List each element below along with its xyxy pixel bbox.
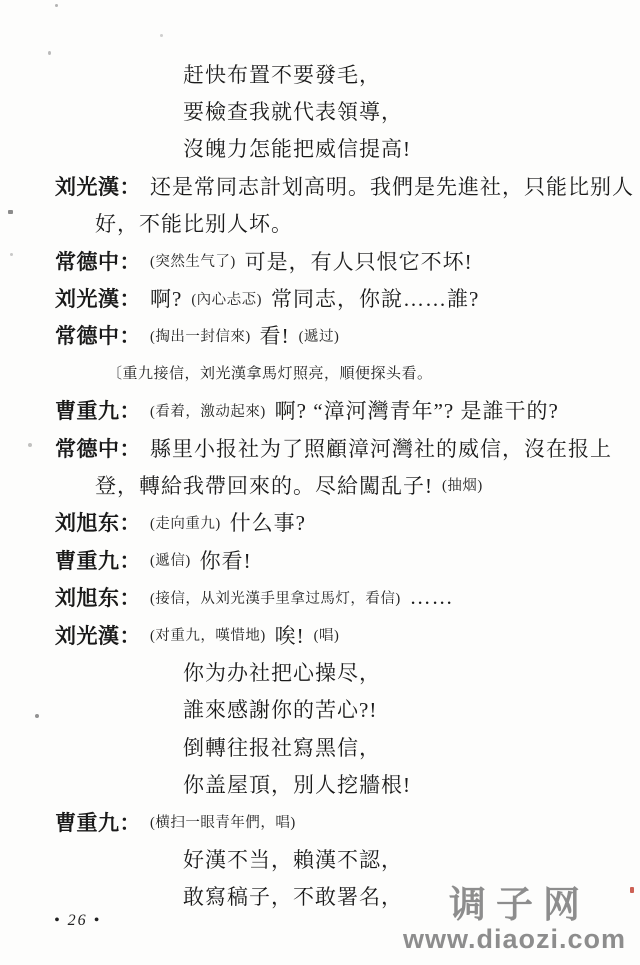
script-line-verse: 沒魄力怎能把威信提高! <box>0 130 640 167</box>
script-line-stage: 〔重九接信，刘光漢拿馬灯照亮，順便探头看。 <box>0 354 640 391</box>
page-number: • 26 • <box>54 912 101 930</box>
dialogue-text: 縣里小报社为了照顧漳河灣社的威信，沒在报上 <box>150 433 612 463</box>
speaker-name: 刘光漢： <box>55 283 141 313</box>
script-line-continuation: 好，不能比别人坏。 <box>0 205 640 242</box>
dialogue-text: 好，不能比别人坏。 <box>95 208 293 238</box>
scan-speck <box>630 887 634 893</box>
verse-text: 沒魄力怎能把威信提高! <box>183 133 411 163</box>
script-line-dialogue: 刘旭东：(接信，从刘光漢手里拿过馬灯，看信)…… <box>0 578 640 615</box>
script-line-dialogue: 刘光漢：还是常同志計划高明。我們是先進社，只能比别人 <box>0 167 640 204</box>
script-line-dialogue: 曹重九：(看着，激动起來)啊? “漳河灣青年”? 是誰干的? <box>0 392 640 429</box>
script-line-verse: 倒轉往报社寫黑信， <box>0 728 640 765</box>
verse-text: 倒轉往报社寫黑信， <box>183 732 381 762</box>
script-line-dialogue: 刘光漢：(对重九，嘆惜地)唉!(唱) <box>0 616 640 653</box>
stage-note: (对重九，嘆惜地) <box>150 624 266 645</box>
script-line-verse: 你盖屋頂，別人挖牆根! <box>0 765 640 802</box>
scan-speck <box>160 34 163 37</box>
script-line-verse: 誰來感謝你的苦心?! <box>0 691 640 728</box>
scan-speck <box>28 443 32 447</box>
stage-note: (遞过) <box>299 325 340 346</box>
speaker-name: 曹重九： <box>55 807 141 837</box>
dialogue-text: 啊? “漳河灣青年”? 是誰干的? <box>275 395 559 425</box>
stage-direction: 〔重九接信，刘光漢拿馬灯照亮，順便探头看。 <box>107 362 433 383</box>
script-line-verse: 要檢查我就代表領導， <box>0 92 640 129</box>
stage-note: (横扫一眼青年們，唱) <box>150 811 296 832</box>
stage-note: (遞信) <box>150 549 191 570</box>
stage-note: (掏出一封信來) <box>150 325 251 346</box>
stage-note: (看着，激动起來) <box>150 400 266 421</box>
script-line-dialogue: 刘旭东：(走向重九)什么事? <box>0 504 640 541</box>
dialogue-text: 啊? <box>150 283 182 313</box>
dialogue-text: 登，轉給我帶回來的。尽給闖乱子! <box>95 470 433 500</box>
speaker-name: 曹重九： <box>55 545 141 575</box>
dialogue-text: 什么事? <box>230 507 306 537</box>
book-page: 赶快布置不要發毛，要檢查我就代表領導，沒魄力怎能把威信提高!刘光漢：还是常同志計… <box>0 0 640 965</box>
verse-text: 敢寫稿子，不敢署名， <box>183 881 403 911</box>
verse-text: 你盖屋頂，別人挖牆根! <box>183 769 411 799</box>
script-line-dialogue: 常德中：縣里小报社为了照顧漳河灣社的威信，沒在报上 <box>0 429 640 466</box>
dialogue-text: …… <box>410 585 454 610</box>
script-line-dialogue: 常德中：(掏出一封信來)看!(遞过) <box>0 317 640 354</box>
dialogue-text: 还是常同志計划高明。我們是先進社，只能比别人 <box>150 171 634 201</box>
scan-speck <box>10 253 13 256</box>
dialogue-text: 常同志，你說……誰? <box>271 283 479 313</box>
script-line-dialogue: 常德中：(突然生气了)可是，有人只恨它不坏! <box>0 242 640 279</box>
script-line-continuation: 登，轉給我帶回來的。尽給闖乱子!(抽烟) <box>0 466 640 503</box>
stage-note: (內心忐忑) <box>191 288 262 309</box>
watermark-site-name: 调子网 <box>403 886 636 925</box>
dialogue-text: 唉! <box>275 620 305 650</box>
stage-note: (突然生气了) <box>150 250 236 271</box>
verse-text: 誰來感謝你的苦心?! <box>183 694 377 724</box>
speaker-name: 刘光漢： <box>55 171 141 201</box>
verse-text: 要檢查我就代表領導， <box>183 96 403 126</box>
stage-note: (抽烟) <box>442 474 483 495</box>
watermark: 调子网 www.diaozi.com <box>403 886 626 953</box>
script-line-verse: 你为办社把心操尽， <box>0 653 640 690</box>
scan-speck <box>35 714 39 718</box>
speaker-name: 常德中： <box>55 320 141 350</box>
scan-speck <box>55 4 58 7</box>
dialogue-text: 可是，有人只恨它不坏! <box>245 246 473 276</box>
verse-text: 好漢不当，賴漢不認， <box>183 844 403 874</box>
speaker-name: 刘旭东： <box>55 582 141 612</box>
script-body: 赶快布置不要發毛，要檢查我就代表領導，沒魄力怎能把威信提高!刘光漢：还是常同志計… <box>0 55 640 915</box>
script-line-dialogue: 曹重九：(横扫一眼青年們，唱) <box>0 803 640 840</box>
speaker-name: 曹重九： <box>55 395 141 425</box>
verse-text: 你为办社把心操尽， <box>183 657 381 687</box>
speaker-name: 刘光漢： <box>55 620 141 650</box>
script-line-dialogue: 刘光漢：啊?(內心忐忑)常同志，你說……誰? <box>0 279 640 316</box>
watermark-site-url: www.diaozi.com <box>403 925 626 953</box>
script-line-verse: 好漢不当，賴漢不認， <box>0 840 640 877</box>
scan-speck <box>48 51 51 55</box>
speaker-name: 常德中： <box>55 246 141 276</box>
stage-note: (接信，从刘光漢手里拿过馬灯，看信) <box>150 587 401 608</box>
speaker-name: 刘旭东： <box>55 507 141 537</box>
verse-text: 赶快布置不要發毛， <box>183 59 381 89</box>
stage-note: (走向重九) <box>150 512 221 533</box>
script-line-dialogue: 曹重九：(遞信)你看! <box>0 541 640 578</box>
speaker-name: 常德中： <box>55 433 141 463</box>
scan-speck <box>8 210 13 214</box>
stage-note: (唱) <box>314 624 340 645</box>
dialogue-text: 看! <box>260 320 290 350</box>
script-line-verse: 赶快布置不要發毛， <box>0 55 640 92</box>
dialogue-text: 你看! <box>200 545 252 575</box>
